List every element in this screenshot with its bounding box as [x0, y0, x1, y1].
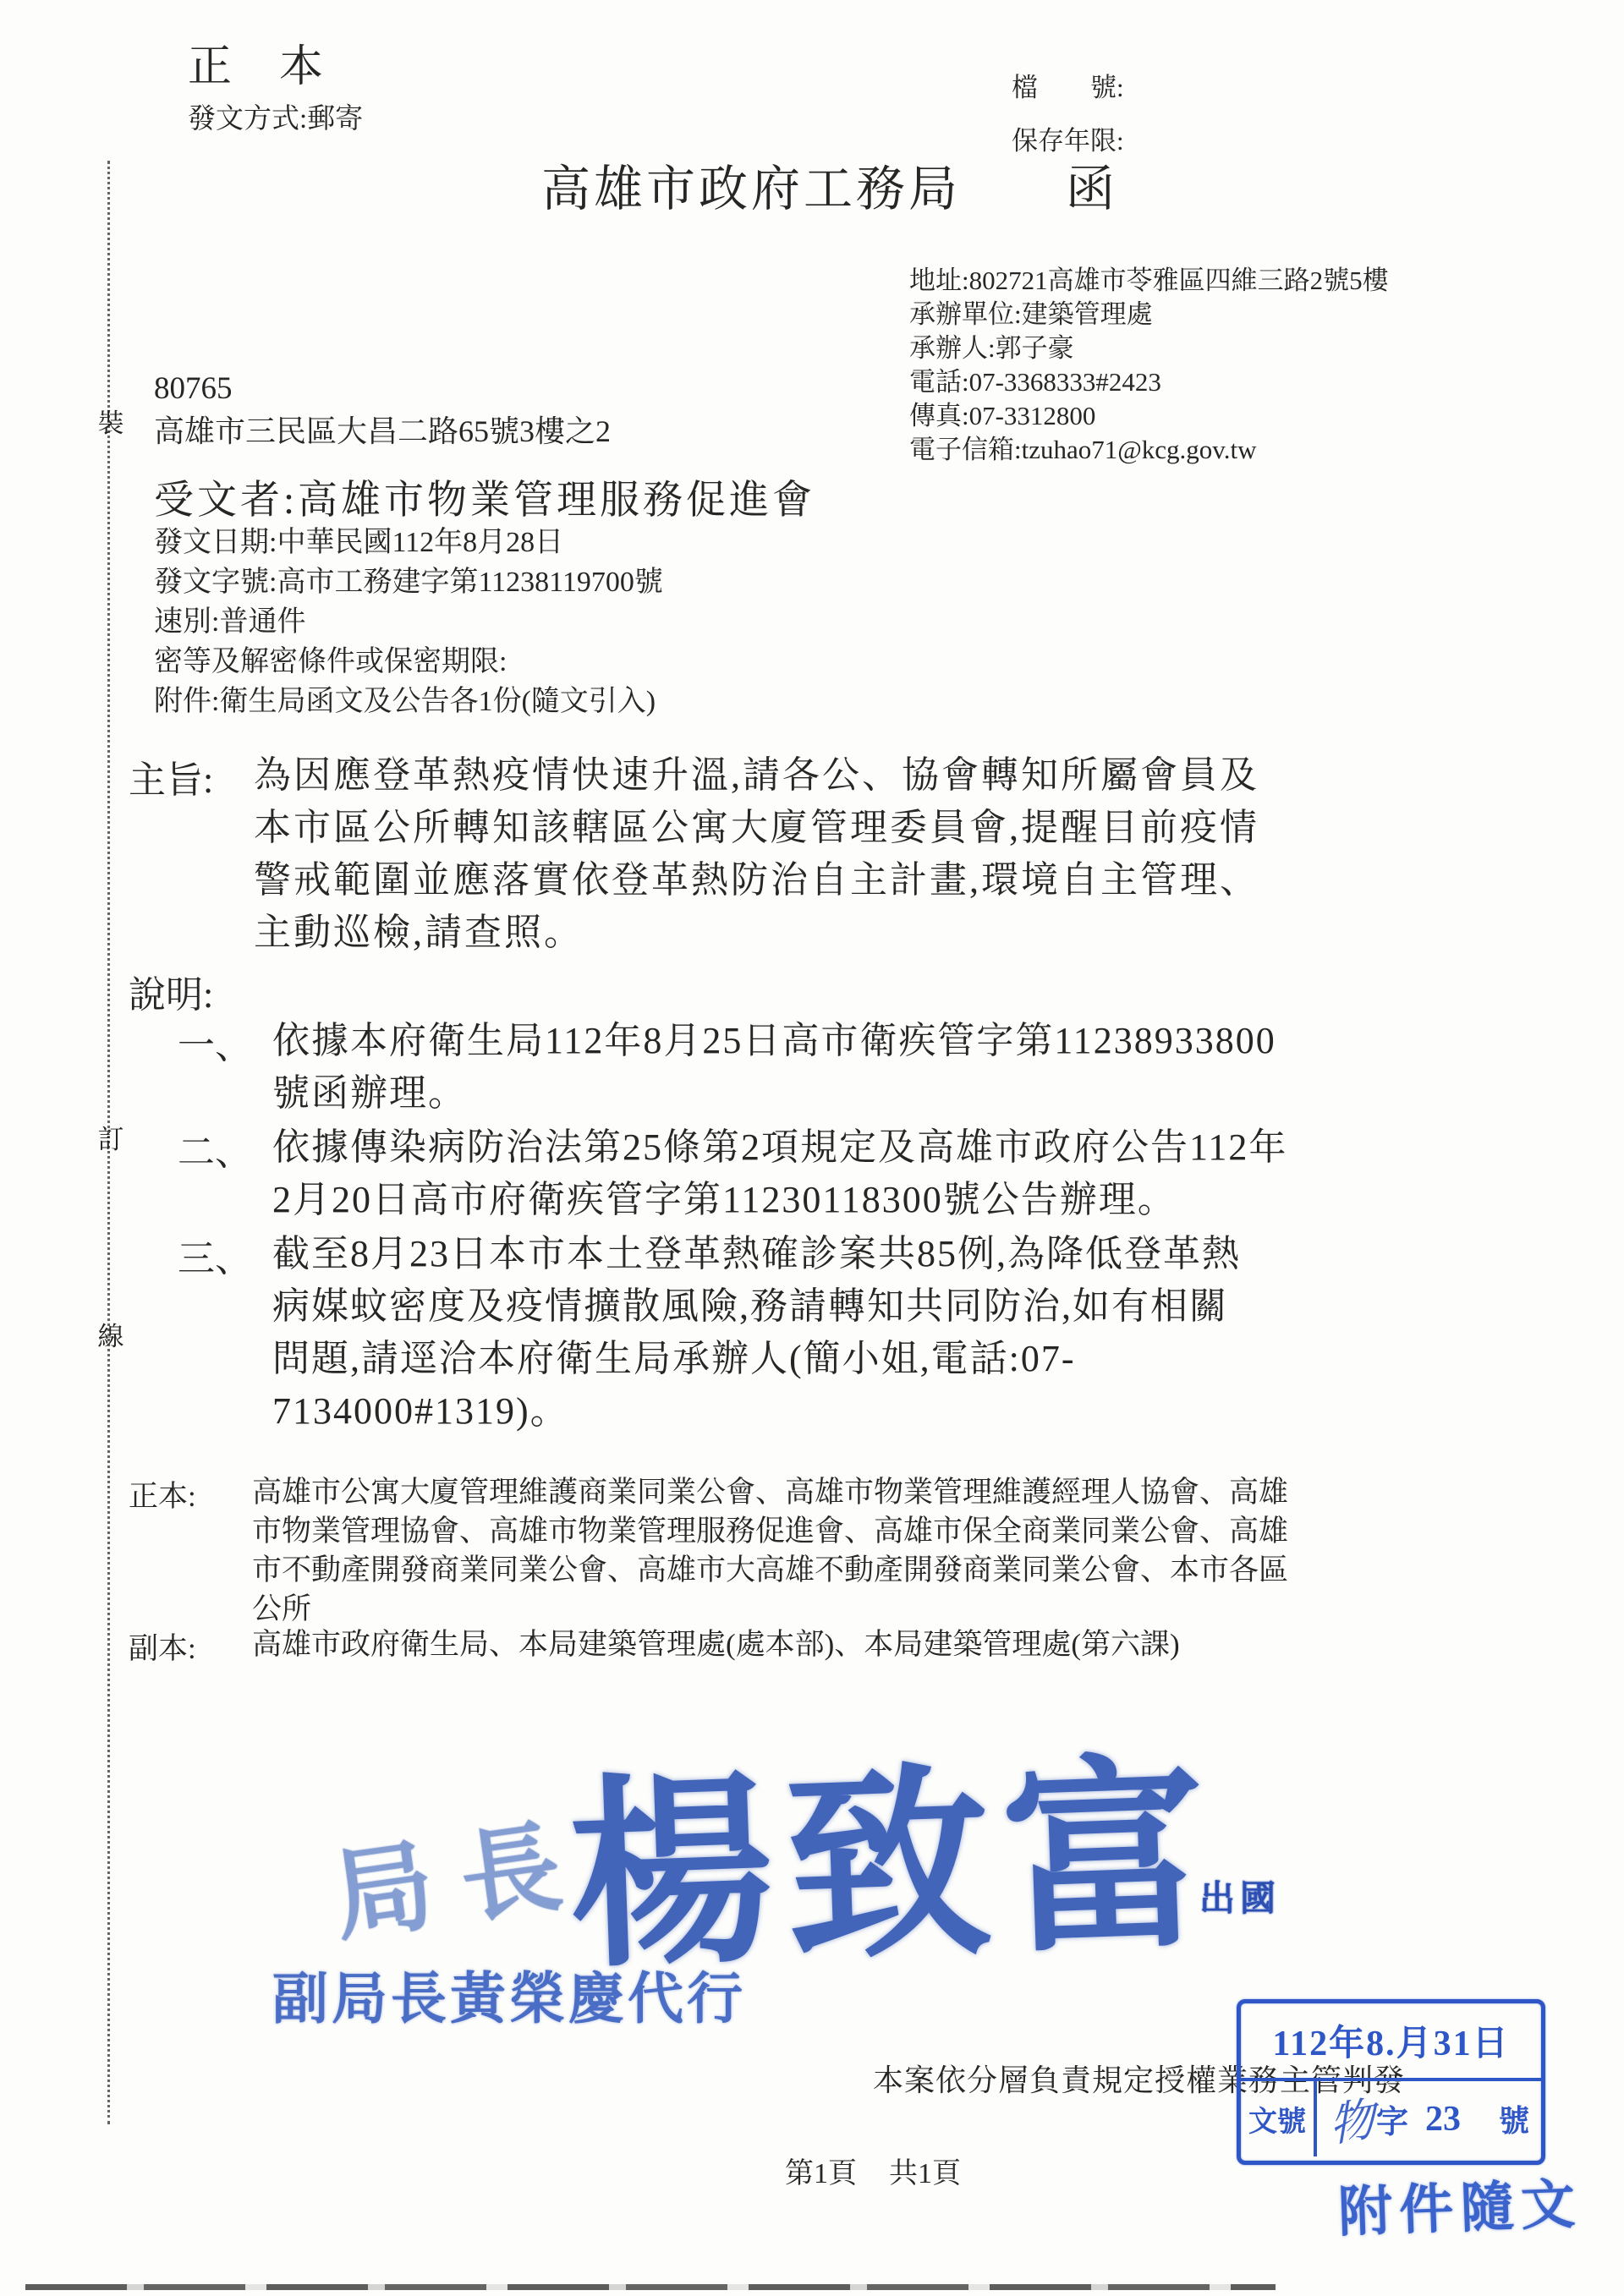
- original-copy-line: 高雄市公寓大廈管理維護商業同業公會、高雄市物業管理維護經理人協會、高雄: [252, 1473, 1288, 1512]
- stamp-number-row: 文號 物 字 23 號: [1241, 2081, 1541, 2156]
- explanation-item3-text: 截至8月23日本市本土登革熱確診案共85例,為降低登革熱 病媒蚊密度及疫情擴散風…: [272, 1228, 1241, 1438]
- subject-line: 警戒範圍並應落實依登革熱防治自主計畫,環境自主管理、: [254, 854, 1259, 907]
- subject-line: 為因應登革熱疫情快速升溫,請各公、協會轉知所屬會員及: [254, 749, 1259, 802]
- explanation-line: 7134000#1319)。: [272, 1385, 1241, 1438]
- sender-address: 地址:802721高雄市苓雅區四維三路2號5樓: [909, 264, 1389, 298]
- original-copy-line: 市不動產開發商業同業公會、高雄市大高雄不動產開發商業同業公會、本市各區: [252, 1551, 1288, 1590]
- explanation-item2-number: 二、: [178, 1121, 252, 1175]
- recipient-zip: 80765: [154, 370, 233, 407]
- explanation-item1-number: 一、: [178, 1015, 252, 1069]
- series-suffix: 字: [1376, 2096, 1408, 2142]
- binding-char-xian: 線: [87, 1315, 134, 1353]
- page-total: 共1頁: [889, 2158, 961, 2189]
- explanation-line: 依據本府衛生局112年8月25日高市衛疾管字第11238933800: [272, 1015, 1276, 1067]
- original-copy-line: 公所: [252, 1590, 1288, 1629]
- cc-copy-label: 副本:: [129, 1625, 196, 1668]
- page-info: 第1頁共1頁: [785, 2150, 993, 2191]
- chief-title-stamp: 局長: [323, 1783, 598, 1961]
- file-number-label: 檔 號:: [1012, 66, 1124, 104]
- issue-date-line: 發文日期:中華民國112年8月28日: [154, 523, 663, 562]
- scan-edge-artifact: [25, 2284, 1276, 2290]
- official-letter-page: 裝 訂 線 正 本 發文方式:郵寄 檔 號: 保存年限: 高雄市政府工務局 函 …: [0, 0, 1624, 2296]
- sender-contact-block: 地址:802721高雄市苓雅區四維三路2號5樓 承辦單位:建築管理處 承辦人:郭…: [909, 264, 1389, 467]
- subject-text: 為因應登革熱疫情快速升溫,請各公、協會轉知所屬會員及 本市區公所轉知該轄區公寓大…: [254, 749, 1259, 959]
- explanation-item2-text: 依據傳染病防治法第25條第2項規定及高雄市政府公告112年 2月20日高市府衛疾…: [272, 1121, 1287, 1226]
- doc-number-line: 發文字號:高市工務建字第11238119700號: [154, 562, 663, 602]
- binding-char-ding: 訂: [87, 1118, 134, 1156]
- subject-label: 主旨:: [129, 749, 213, 803]
- sender-contact-person: 承辦人:郭子豪: [909, 332, 1389, 365]
- delivery-method-label: 發文方式:郵寄: [188, 96, 363, 136]
- sender-unit: 承辦單位:建築管理處: [909, 298, 1389, 332]
- stamp-doc-no-label: 文號: [1241, 2081, 1317, 2156]
- original-copy-recipients: 高雄市公寓大廈管理維護商業同業公會、高雄市物業管理維護經理人協會、高雄 市物業管…: [252, 1473, 1288, 1629]
- copy-type-label: 正 本: [188, 30, 325, 94]
- stamp-doc-no-value: 物 字 23 號: [1317, 2081, 1541, 2156]
- recipient-name-line: 受文者:高雄市物業管理服務促進會: [154, 469, 815, 525]
- attachment-follows-stamp: 附件隨文: [1336, 2161, 1583, 2247]
- sender-phone: 電話:07-3368333#2423: [909, 365, 1389, 399]
- sender-email: 電子信箱:tzuhao71@kcg.gov.tw: [909, 433, 1389, 467]
- stamp-number: 23: [1425, 2099, 1461, 2140]
- explanation-line: 截至8月23日本市本土登革熱確診案共85例,為降低登革熱: [272, 1228, 1241, 1280]
- binding-char-zhuang: 裝: [87, 402, 134, 440]
- deputy-chief-acting-stamp: 副局長黃榮慶代行: [272, 1954, 746, 2034]
- explanation-label: 說明:: [129, 964, 213, 1018]
- subject-line: 主動巡檢,請查照。: [254, 907, 1259, 959]
- explanation-item1-text: 依據本府衛生局112年8月25日高市衛疾管字第11238933800 號函辦理。: [272, 1015, 1276, 1120]
- explanation-line: 號函辦理。: [272, 1067, 1276, 1120]
- security-line: 密等及解密條件或保密期限:: [154, 642, 663, 682]
- explanation-item3-number: 三、: [178, 1228, 252, 1282]
- stamp-date: 112年8.月31日: [1241, 2003, 1541, 2081]
- number-suffix: 號: [1499, 2097, 1529, 2140]
- recipient-street: 高雄市三民區大昌二路65號3樓之2: [154, 408, 611, 451]
- sender-fax: 傳真:07-3312800: [909, 399, 1389, 433]
- date-number-stamp-box: 112年8.月31日 文號 物 字 23 號: [1237, 1999, 1545, 2165]
- page-current: 第1頁: [785, 2158, 857, 2189]
- document-meta-block: 發文日期:中華民國112年8月28日 發文字號:高市工務建字第112381197…: [154, 523, 663, 721]
- original-copy-line: 市物業管理協會、高雄市物業管理服務促進會、高雄市保全商業同業公會、高雄: [252, 1512, 1288, 1551]
- explanation-line: 問題,請逕洽本府衛生局承辦人(簡小姐,電話:07-: [272, 1333, 1241, 1385]
- explanation-line: 依據傳染病防治法第25條第2項規定及高雄市政府公告112年: [272, 1121, 1287, 1174]
- attachment-line: 附件:衛生局函文及公告各1份(隨文引入): [154, 682, 663, 721]
- abroad-note-stamp: 出國: [1199, 1871, 1281, 1921]
- explanation-line: 2月20日高市府衛疾管字第11230118300號公告辦理。: [272, 1174, 1287, 1226]
- subject-line: 本市區公所轉知該轄區公寓大廈管理委員會,提醒目前疫情: [254, 802, 1259, 854]
- explanation-line: 病媒蚊密度及疫情擴散風險,務請轉知共同防治,如有相關: [272, 1280, 1241, 1333]
- original-copy-label: 正本:: [129, 1473, 196, 1515]
- document-title: 高雄市政府工務局 函: [541, 149, 1118, 220]
- cc-copy-recipients: 高雄市政府衛生局、本局建築管理處(處本部)、本局建築管理處(第六課): [252, 1625, 1180, 1664]
- handwritten-series-char: 物: [1327, 2082, 1377, 2156]
- priority-line: 速別:普通件: [154, 602, 663, 642]
